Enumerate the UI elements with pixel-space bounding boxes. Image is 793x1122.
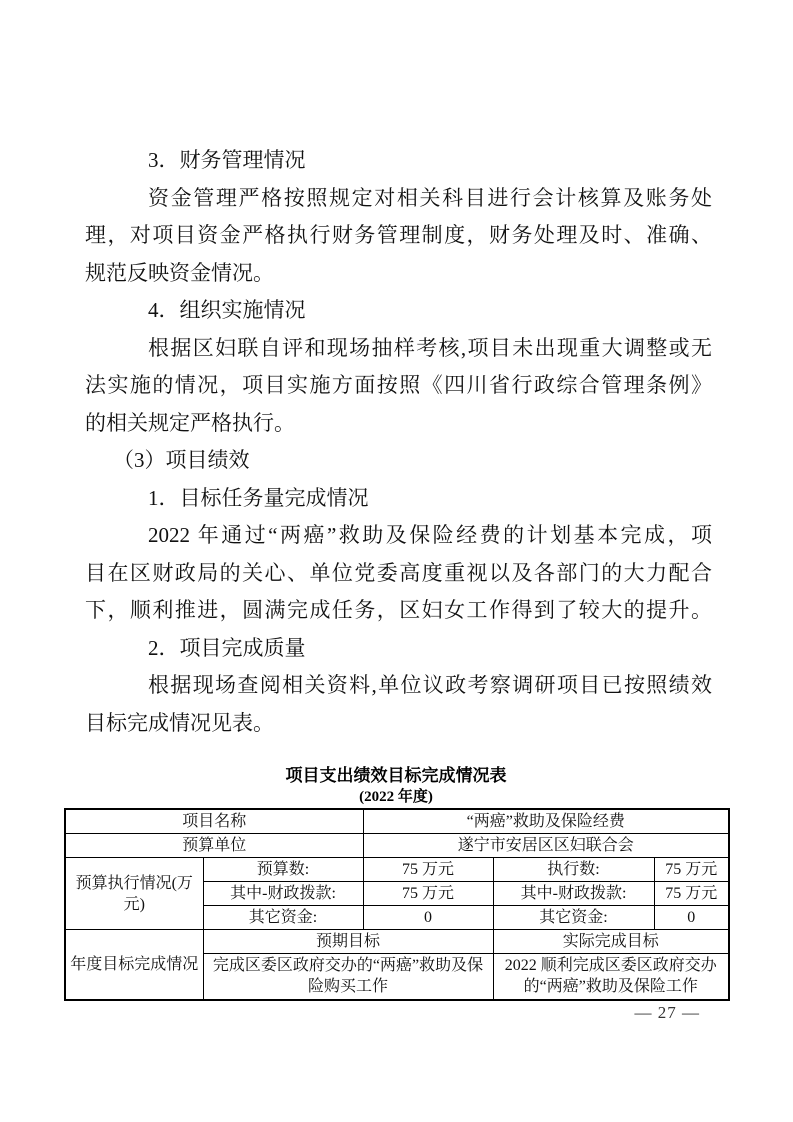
table-row: 预算执行情况(万元) 预算数: 75 万元 执行数: 75 万元 — [65, 858, 729, 882]
cell-budget-number-label: 预算数: — [203, 858, 363, 882]
cell-expected-content: 完成区委区政府交办的“两癌”救助及保险购买工作 — [203, 954, 493, 1000]
body-text: 3．财务管理情况 资金管理严格按照规定对相关科目进行会计核算及账务处 理，对项目… — [85, 142, 712, 742]
body-line: 3．财务管理情况 — [85, 142, 712, 180]
cell-execution-fiscal-value: 75 万元 — [654, 882, 729, 906]
cell-budget-other-value: 0 — [363, 906, 493, 930]
cell-budget-fiscal-value: 75 万元 — [363, 882, 493, 906]
body-line: 资金管理严格按照规定对相关科目进行会计核算及账务处 — [85, 180, 712, 218]
cell-execution-other-label: 其它资金: — [493, 906, 654, 930]
page-number: — 27 — — [635, 1003, 701, 1023]
cell-budget-other-label: 其它资金: — [203, 906, 363, 930]
cell-project-name-value: “两癌”救助及保险经费 — [363, 809, 729, 834]
cell-actual-content: 2022 顺利完成区委区政府交办的“两癌”救助及保险工作 — [493, 954, 729, 1000]
performance-table: 项目名称 “两癌”救助及保险经费 预算单位 遂宁市安居区区妇联合会 预算执行情况… — [64, 808, 730, 1001]
cell-execution-number-label: 执行数: — [493, 858, 654, 882]
body-line: 目在区财政局的关心、单位党委高度重视以及各部门的大力配合 — [85, 555, 712, 593]
table-row: 预算单位 遂宁市安居区区妇联合会 — [65, 834, 729, 858]
body-line: 4．组织实施情况 — [85, 292, 712, 330]
table-subtitle: (2022 年度) — [64, 787, 728, 807]
table-row: 年度目标完成情况 预期目标 实际完成目标 — [65, 930, 729, 954]
table-title: 项目支出绩效目标完成情况表 — [64, 765, 728, 787]
body-line: 根据现场查阅相关资料,单位议政考察调研项目已按照绩效 — [85, 667, 712, 705]
cell-budget-number-value: 75 万元 — [363, 858, 493, 882]
body-line: 1．目标任务量完成情况 — [85, 480, 712, 518]
document-page: 3．财务管理情况 资金管理严格按照规定对相关科目进行会计核算及账务处 理，对项目… — [0, 0, 793, 1122]
cell-expected-header: 预期目标 — [203, 930, 493, 954]
body-line: 根据区妇联自评和现场抽样考核,项目未出现重大调整或无 — [85, 330, 712, 368]
table-row: 项目名称 “两癌”救助及保险经费 — [65, 809, 729, 834]
cell-annual-targets-label: 年度目标完成情况 — [65, 930, 203, 1000]
cell-budget-fiscal-label: 其中-财政拨款: — [203, 882, 363, 906]
body-line: 法实施的情况，项目实施方面按照《四川省行政综合管理条例》 — [85, 367, 712, 405]
cell-budget-execution-label: 预算执行情况(万元) — [65, 858, 203, 930]
cell-budget-unit-label: 预算单位 — [65, 834, 363, 858]
body-line: （3）项目绩效 — [85, 442, 712, 480]
body-line: 2．项目完成质量 — [85, 630, 712, 668]
body-line: 下，顺利推进，圆满完成任务，区妇女工作得到了较大的提升。 — [85, 592, 712, 630]
body-line: 目标完成情况见表。 — [85, 705, 712, 743]
body-line: 理，对项目资金严格执行财务管理制度，财务处理及时、准确、 — [85, 217, 712, 255]
cell-execution-fiscal-label: 其中-财政拨款: — [493, 882, 654, 906]
cell-actual-header: 实际完成目标 — [493, 930, 729, 954]
body-line: 的相关规定严格执行。 — [85, 405, 712, 443]
body-line: 2022 年通过“两癌”救助及保险经费的计划基本完成，项 — [85, 517, 712, 555]
cell-execution-other-value: 0 — [654, 906, 729, 930]
cell-execution-number-value: 75 万元 — [654, 858, 729, 882]
body-line: 规范反映资金情况。 — [85, 255, 712, 293]
cell-budget-unit-value: 遂宁市安居区区妇联合会 — [363, 834, 729, 858]
cell-project-name-label: 项目名称 — [65, 809, 363, 834]
